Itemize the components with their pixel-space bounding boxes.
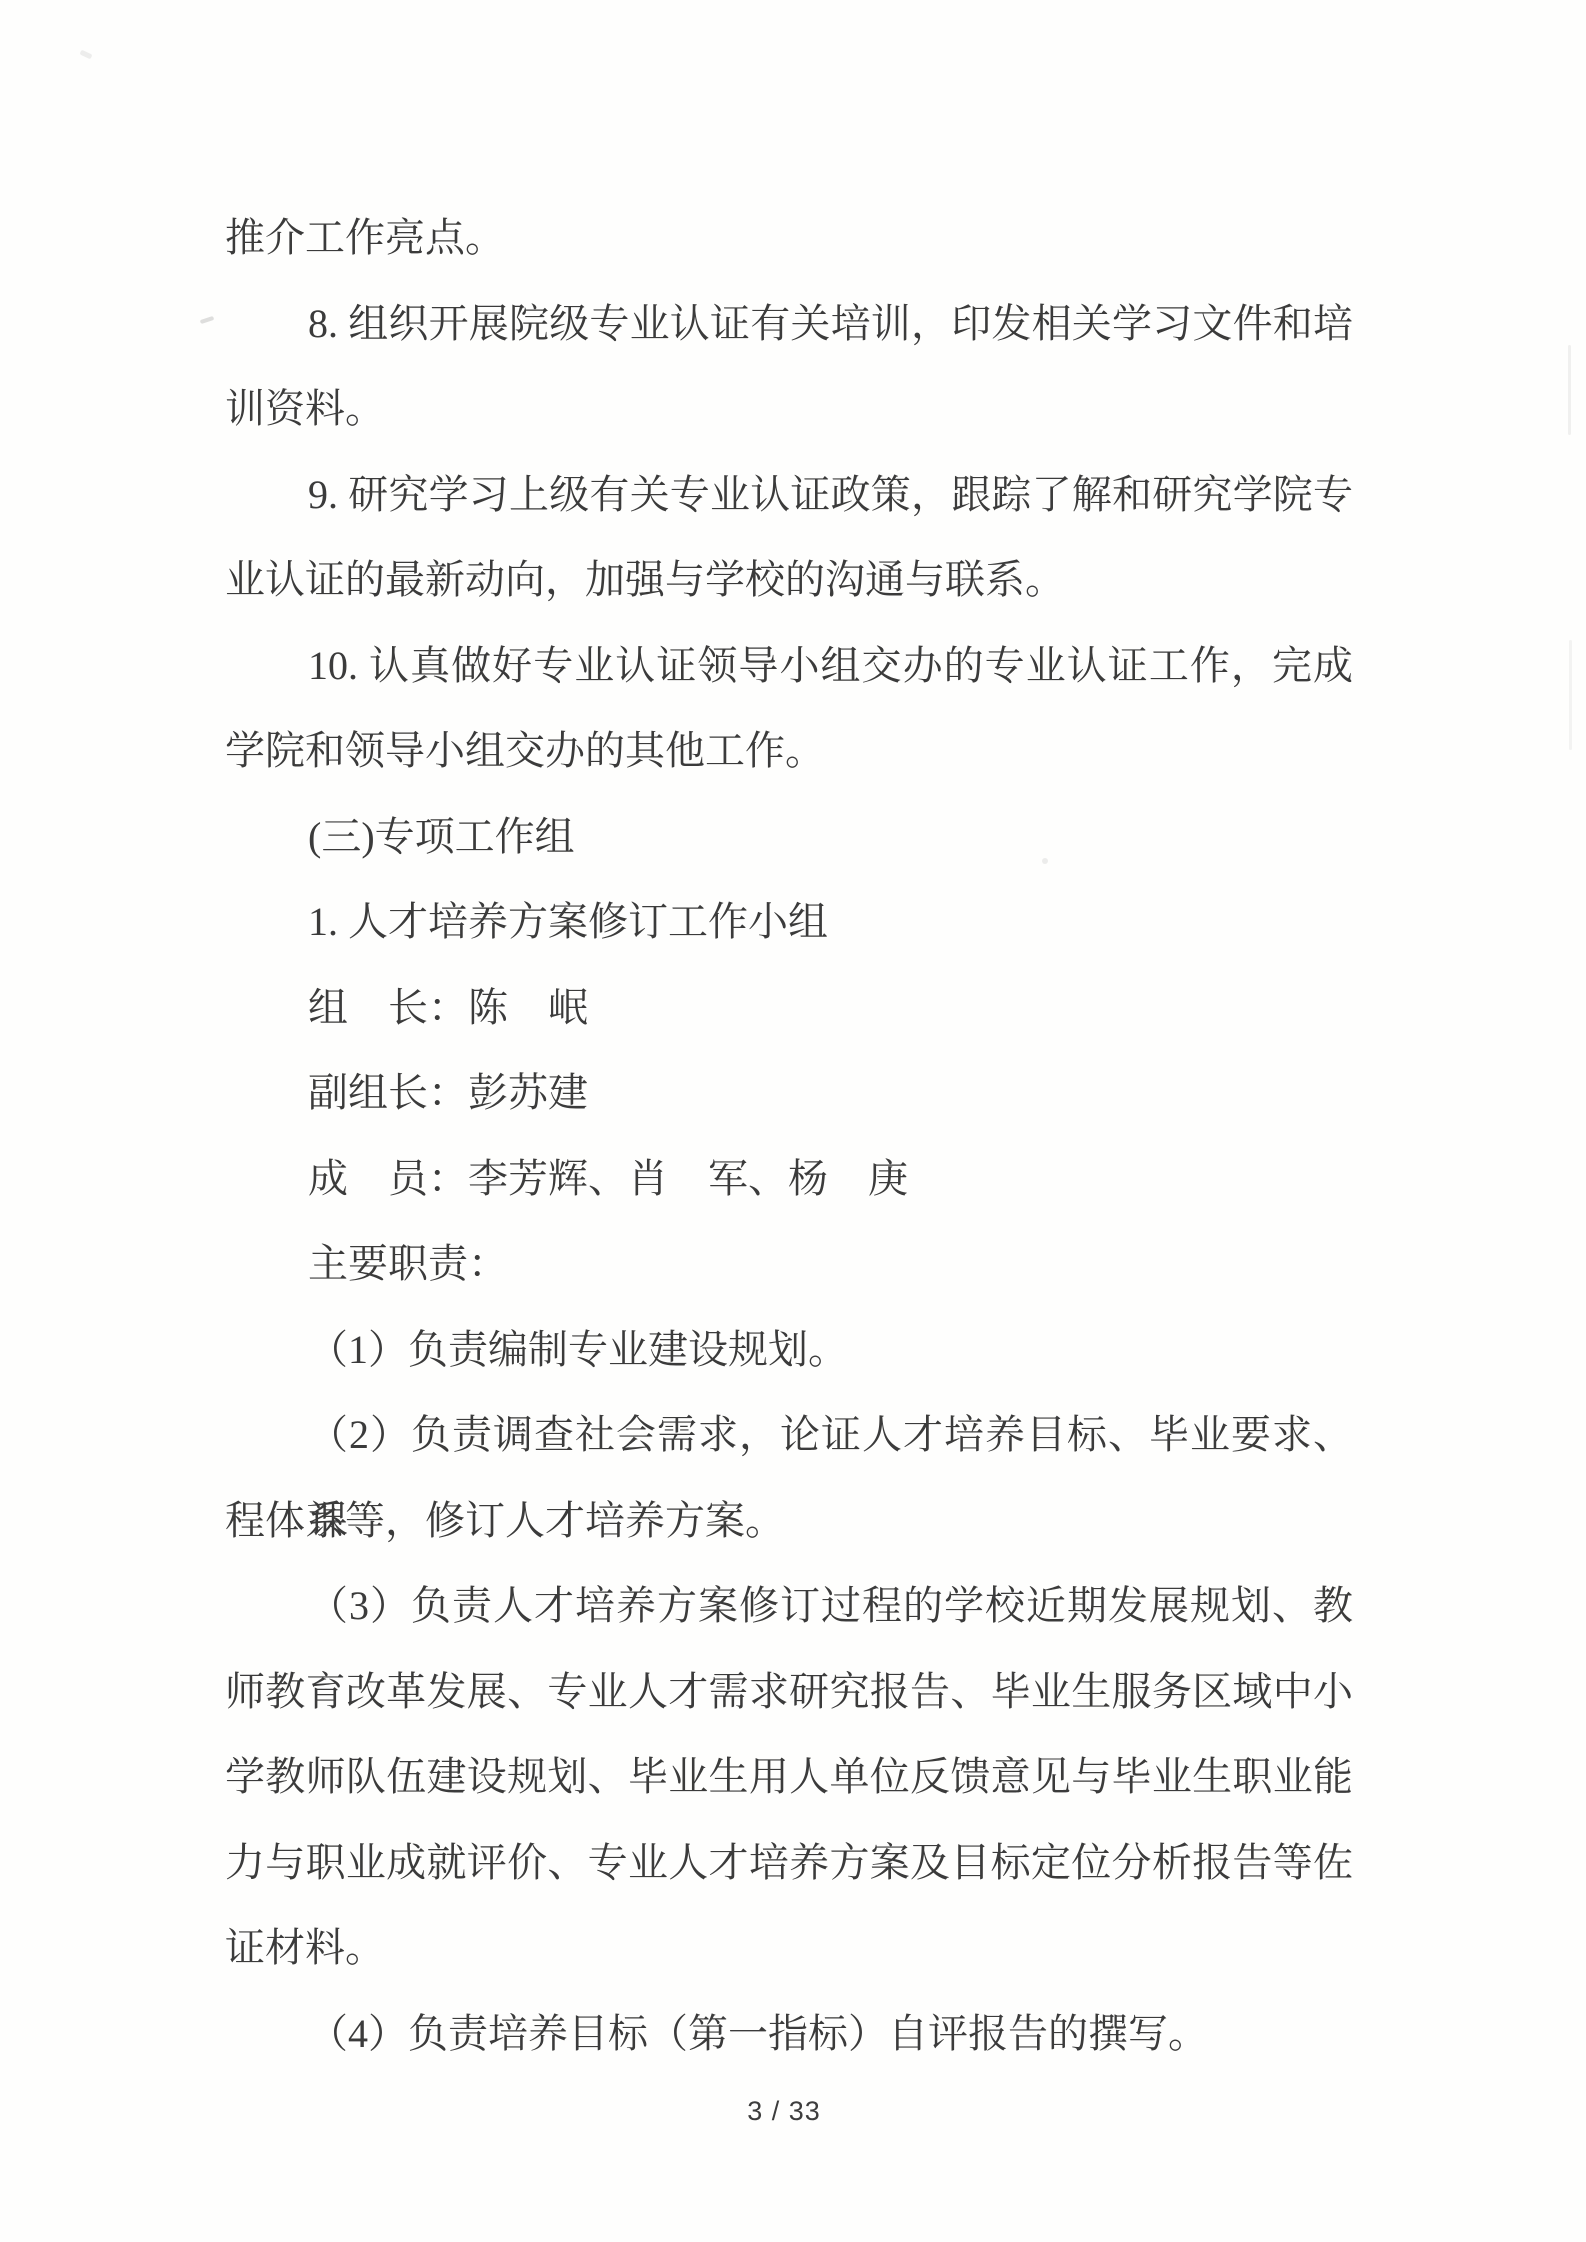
text-line: 8. 组织开展院级专业认证有关培训，印发相关学习文件和培 — [0, 281, 1586, 367]
text-line: （3）负责人才培养方案修订过程的学校近期发展规划、教 — [0, 1563, 1586, 1649]
text-line: 主要职责： — [0, 1221, 1586, 1307]
text-line: 组 长：陈 岷 — [0, 965, 1586, 1051]
text-line: 程体系等，修订人才培养方案。 — [0, 1478, 1586, 1564]
text-line: （4）负责培养目标（第一指标）自评报告的撰写。 — [0, 1991, 1586, 2077]
text-line: （2）负责调查社会需求，论证人才培养目标、毕业要求、课 — [0, 1392, 1586, 1478]
body-text: 推介工作亮点。8. 组织开展院级专业认证有关培训，印发相关学习文件和培训资料。9… — [0, 195, 1586, 2076]
text-line: 师教育改革发展、专业人才需求研究报告、毕业生服务区域中小 — [0, 1649, 1586, 1735]
text-line: 力与职业成就评价、专业人才培养方案及目标定位分析报告等佐 — [0, 1820, 1586, 1906]
document-page: 推介工作亮点。8. 组织开展院级专业认证有关培训，印发相关学习文件和培训资料。9… — [0, 0, 1586, 2242]
text-line: 10. 认真做好专业认证领导小组交办的专业认证工作，完成 — [0, 623, 1586, 709]
text-line: 9. 研究学习上级有关专业认证政策，跟踪了解和研究学院专 — [0, 452, 1586, 538]
text-line: 学院和领导小组交办的其他工作。 — [0, 708, 1586, 794]
text-line: 副组长：彭苏建 — [0, 1050, 1586, 1136]
text-line: （1）负责编制专业建设规划。 — [0, 1307, 1586, 1393]
scan-artifact — [80, 50, 93, 60]
text-line: 推介工作亮点。 — [0, 195, 1586, 281]
text-line: 成 员：李芳辉、肖 军、杨 庚 — [0, 1136, 1586, 1222]
text-line: 1. 人才培养方案修订工作小组 — [0, 879, 1586, 965]
text-line: 训资料。 — [0, 366, 1586, 452]
text-line: 业认证的最新动向，加强与学校的沟通与联系。 — [0, 537, 1586, 623]
text-line: 证材料。 — [0, 1905, 1586, 1991]
page-number: 3 / 33 — [747, 2098, 821, 2125]
text-line: (三)专项工作组 — [0, 794, 1586, 880]
text-line: 学教师队伍建设规划、毕业生用人单位反馈意见与毕业生职业能 — [0, 1734, 1586, 1820]
